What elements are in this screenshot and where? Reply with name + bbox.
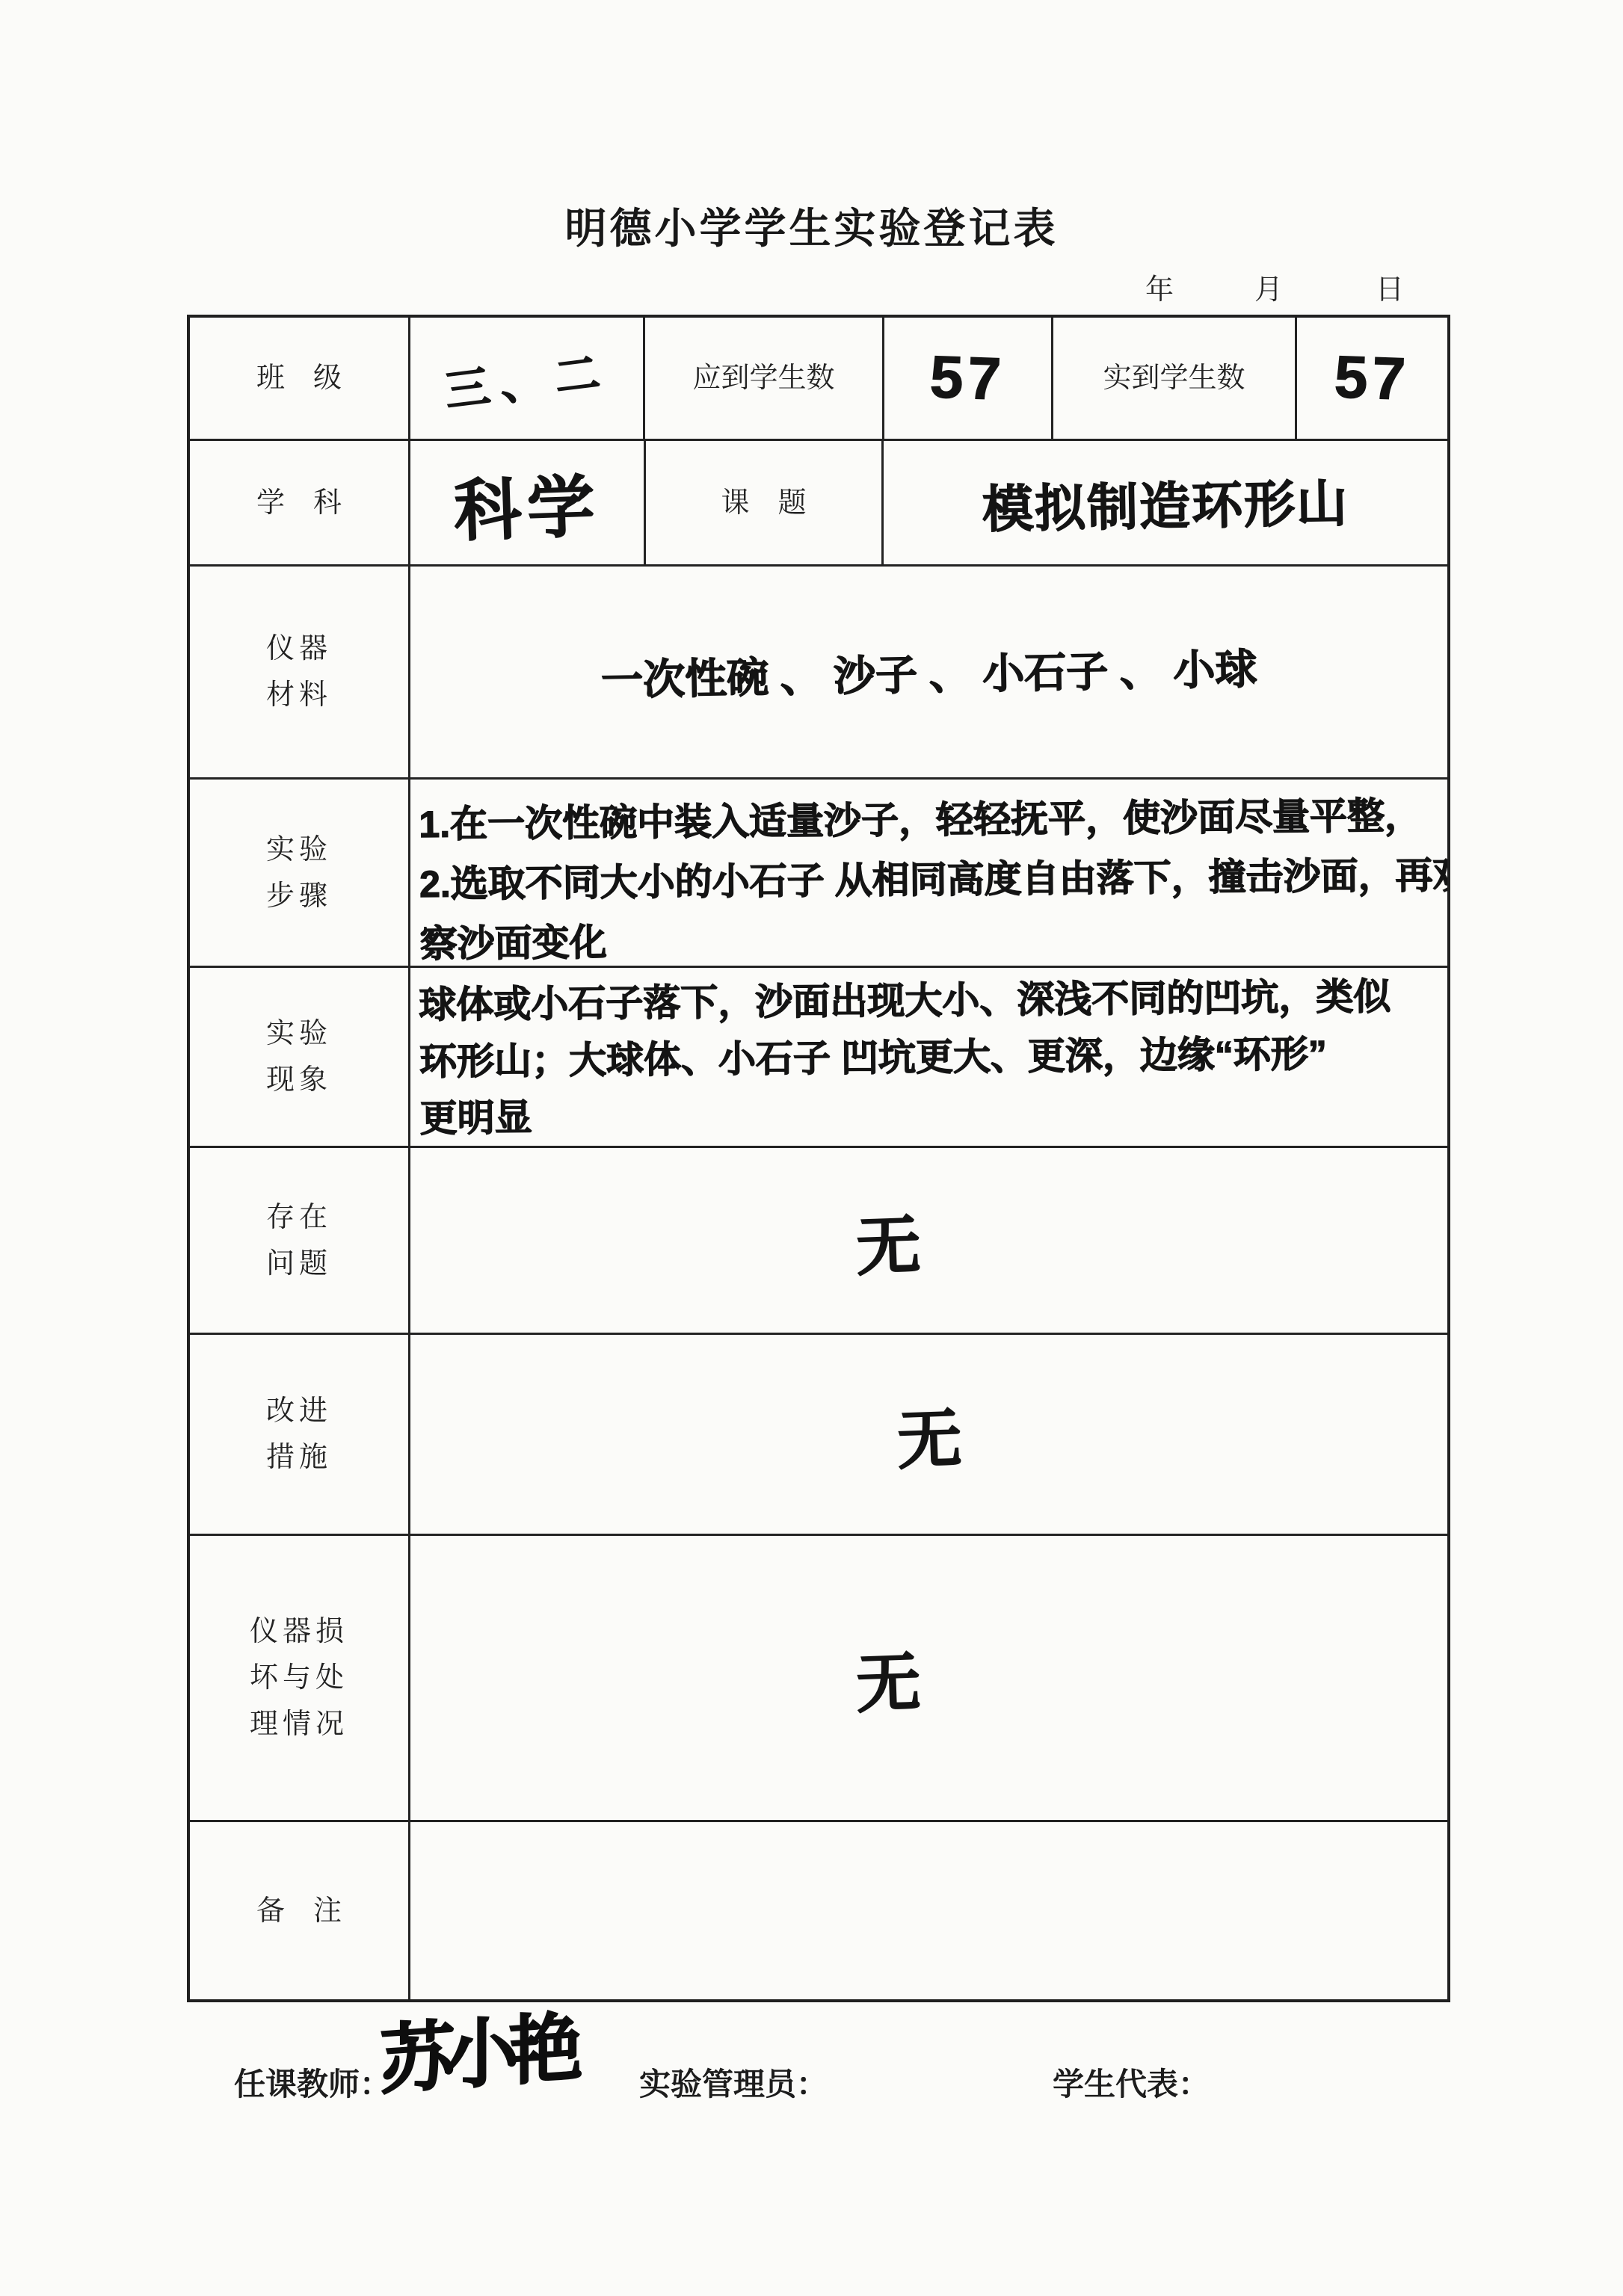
improvements-value-handwriting: 无 (895, 1387, 962, 1482)
class-label: 班 级 (190, 318, 408, 439)
table-row-improvements: 改进 措施 无 (190, 1333, 1447, 1534)
topic-value-handwriting: 模拟制造环形山 (982, 463, 1349, 543)
table-row-steps: 实验 步骤 1.在一次性碗中装入适量沙子，轻轻抚平，使沙面尽量平整， 2.选取不… (190, 777, 1447, 966)
problems-label: 存在 问题 (190, 1148, 408, 1333)
teacher-signature-handwriting: 苏小艳 (380, 1987, 572, 2108)
class-value-handwriting: 三、二 (440, 336, 613, 420)
lab-manager-label: 实验管理员： (639, 2060, 828, 2105)
table-row-phenomena: 实验 现象 球体或小石子落下，沙面出现大小、深浅不同的凹坑，类似 环形山；大球体… (190, 966, 1447, 1146)
date-year-label: 年 (1145, 266, 1174, 307)
table-row-materials: 仪器 材料 一次性碗 、 沙子 、 小石子 、 小球 (190, 564, 1447, 777)
steps-value-handwriting: 1.在一次性碗中装入适量沙子，轻轻抚平，使沙面尽量平整， 2.选取不同大小的小石… (410, 780, 1447, 966)
subject-value-handwriting: 科学 (452, 451, 602, 554)
phenomena-value-handwriting: 球体或小石子落下，沙面出现大小、深浅不同的凹坑，类似 环形山；大球体、小石子 凹… (410, 968, 1395, 1146)
remarks-value-empty (408, 1822, 1447, 1999)
equipment-damage-value-handwriting: 无 (854, 1631, 921, 1726)
date-day-label: 日 (1376, 266, 1404, 307)
form-title: 明德小学学生实验登记表 (0, 196, 1623, 256)
materials-value-handwriting: 一次性碗 、 沙子 、 小石子 、 小球 (600, 636, 1257, 707)
improvements-label: 改进 措施 (190, 1335, 408, 1534)
table-row-problems: 存在 问题 无 (190, 1146, 1447, 1333)
steps-label: 实验 步骤 (190, 780, 408, 966)
actual-students-value-handwriting: 57 (1333, 342, 1411, 413)
table-row-equipment-damage: 仪器损 坏与处 理情况 无 (190, 1534, 1447, 1820)
actual-students-label: 实到学生数 (1051, 318, 1295, 439)
table-row-class: 班 级 三、二 应到学生数 57 实到学生数 57 (190, 318, 1447, 439)
phenomena-label: 实验 现象 (190, 968, 408, 1146)
subject-label: 学 科 (190, 441, 408, 564)
table-row-subject: 学 科 科学 课 题 模拟制造环形山 (190, 439, 1447, 564)
materials-label: 仪器 材料 (190, 567, 408, 777)
topic-label: 课 题 (644, 441, 881, 564)
equipment-damage-label: 仪器损 坏与处 理情况 (190, 1536, 408, 1820)
date-month-label: 月 (1254, 266, 1283, 307)
problems-value-handwriting: 无 (854, 1193, 921, 1288)
teacher-label: 任课教师： (234, 2060, 391, 2105)
remarks-label: 备 注 (190, 1822, 408, 1999)
student-representative-label: 学生代表： (1053, 2060, 1210, 2105)
scanned-form-page: 明德小学学生实验登记表 年 月 日 班 级 三、二 应到学生数 57 实到学生数… (0, 0, 1623, 2296)
table-row-remarks: 备 注 (190, 1820, 1447, 1999)
expected-students-value-handwriting: 57 (928, 342, 1006, 413)
expected-students-label: 应到学生数 (643, 318, 882, 439)
experiment-form-table: 班 级 三、二 应到学生数 57 实到学生数 57 学 科 科学 课 题 模拟制… (187, 315, 1450, 2002)
